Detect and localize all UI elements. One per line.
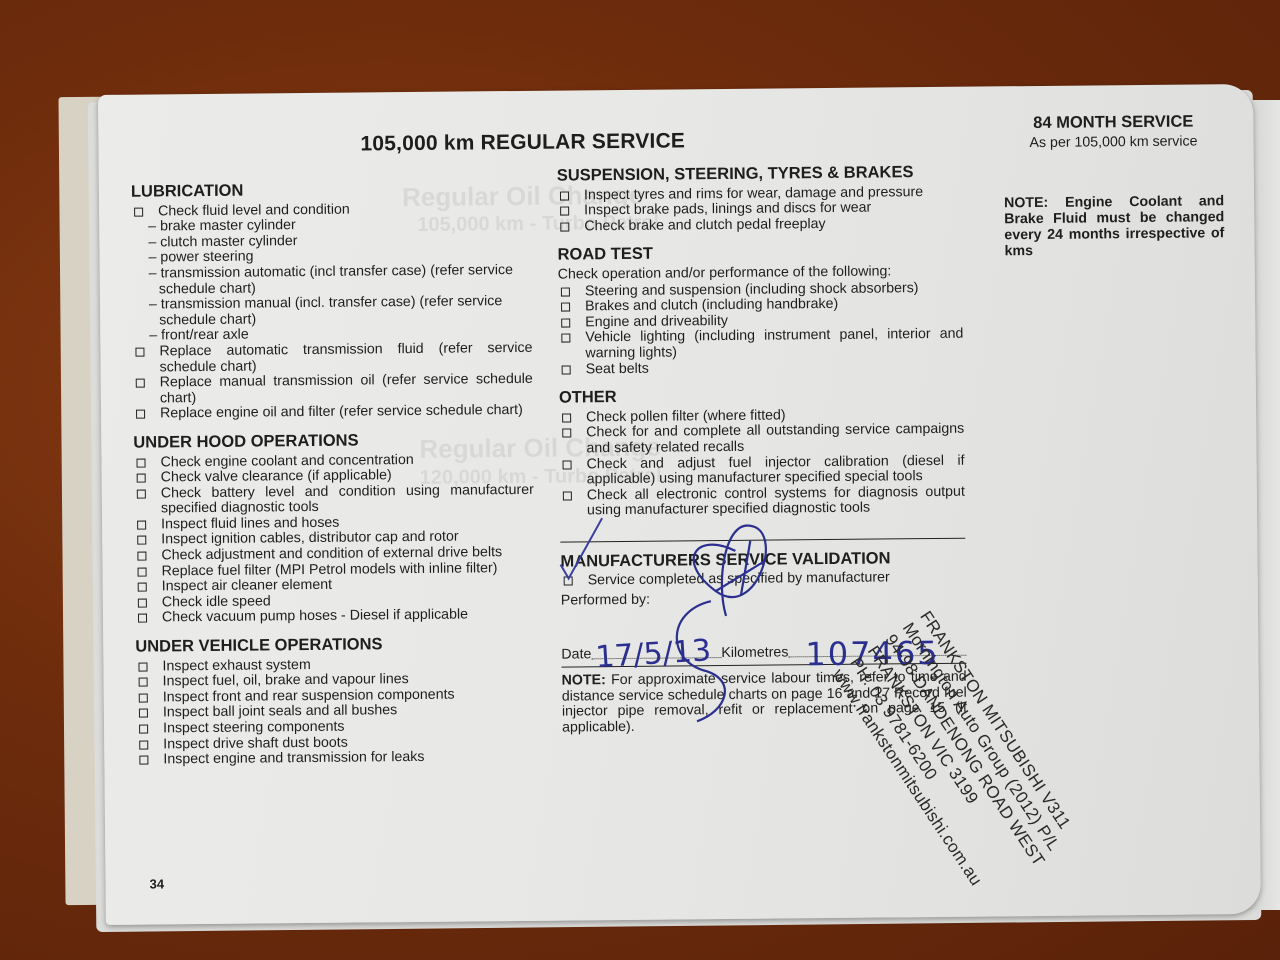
checkbox[interactable]	[138, 598, 147, 607]
section-other: OTHER Check pollen filter (where fitted)…	[559, 387, 965, 520]
checklist-item: Replace engine oil and filter (refer ser…	[133, 403, 533, 422]
checkbox[interactable]	[139, 678, 148, 687]
section-road-test: ROAD TEST Check operation and/or perform…	[557, 244, 963, 378]
checkbox[interactable]	[136, 379, 145, 388]
page-title: 105,000 km REGULAR SERVICE	[360, 129, 685, 156]
dealer-stamp: FRANKSTON MITSUBISHI V311 Mornington Aut…	[828, 607, 1084, 905]
coolant-note: NOTE: Engine Coolant and Brake Fluid mus…	[1004, 193, 1225, 259]
service-page: Regular Oil Change 105,000 km - Turbo Pe…	[98, 84, 1261, 925]
checkbox[interactable]	[560, 191, 569, 200]
checkbox[interactable]	[560, 207, 569, 216]
checkbox[interactable]	[561, 318, 570, 327]
section-heading: ROAD TEST	[557, 244, 962, 263]
checklist-item: Check and adjust fuel injector calibrati…	[559, 453, 964, 488]
section-heading: UNDER VEHICLE OPERATIONS	[135, 636, 535, 655]
month-service-subheading: As per 105,000 km service	[1003, 134, 1223, 152]
checkbox[interactable]	[138, 583, 147, 592]
checkbox[interactable]	[562, 429, 571, 438]
section-under-vehicle: UNDER VEHICLE OPERATIONS Inspect exhaust…	[135, 636, 536, 769]
checkbox[interactable]	[137, 536, 146, 545]
date-label: Date	[561, 647, 591, 663]
section-lubrication: LUBRICATION Check fluid level and condit…	[131, 181, 533, 423]
checkbox[interactable]	[134, 207, 143, 216]
checkbox[interactable]	[561, 303, 570, 312]
section-heading: OTHER	[559, 387, 964, 406]
checkbox[interactable]	[139, 756, 148, 765]
checkbox[interactable]	[139, 725, 148, 734]
checkbox[interactable]	[561, 334, 570, 343]
checkbox[interactable]	[563, 460, 572, 469]
checkbox[interactable]	[562, 365, 571, 374]
section-heading: UNDER HOOD OPERATIONS	[133, 432, 533, 451]
section-heading: LUBRICATION	[131, 181, 531, 200]
checkbox[interactable]	[136, 458, 145, 467]
checklist-item: Check vacuum pump hoses - Diesel if appl…	[135, 607, 535, 626]
checklist-item: Check brake and clutch pedal freeplay	[557, 215, 962, 234]
checklist-item: Inspect engine and transmission for leak…	[136, 749, 536, 768]
checkbox[interactable]	[560, 222, 569, 231]
checkbox[interactable]	[137, 552, 146, 561]
month-service-heading: 84 MONTH SERVICE	[1003, 114, 1223, 132]
checkbox[interactable]	[138, 662, 147, 671]
checkbox[interactable]	[139, 709, 148, 718]
section-under-hood: UNDER HOOD OPERATIONS Check engine coola…	[133, 432, 535, 627]
checklist-item: Check for and complete all outstanding s…	[559, 422, 964, 457]
checkbox[interactable]	[563, 491, 572, 500]
section-heading: SUSPENSION, STEERING, TYRES & BRAKES	[557, 165, 962, 184]
checklist-item: Seat belts	[559, 358, 964, 377]
checkbox[interactable]	[138, 614, 147, 623]
checklist-item: Vehicle lighting (including instrument p…	[558, 327, 963, 362]
signature	[655, 520, 797, 721]
checkbox[interactable]	[562, 413, 571, 422]
checkbox[interactable]	[135, 348, 144, 357]
checkbox[interactable]	[136, 410, 145, 419]
check-mark-icon	[558, 516, 609, 586]
section-suspension: SUSPENSION, STEERING, TYRES & BRAKES Ins…	[557, 165, 963, 235]
checklist-item: Check battery level and condition using …	[134, 483, 534, 518]
checkbox[interactable]	[137, 489, 146, 498]
checkbox[interactable]	[139, 693, 148, 702]
page-number: 34	[150, 876, 165, 891]
right-column: 84 MONTH SERVICE As per 105,000 km servi…	[1003, 114, 1224, 259]
checklist-item: Check all electronic control systems for…	[560, 484, 965, 519]
checkbox[interactable]	[137, 520, 146, 529]
checkbox[interactable]	[138, 567, 147, 576]
checkbox[interactable]	[561, 287, 570, 296]
checkbox[interactable]	[139, 740, 148, 749]
checkbox[interactable]	[137, 474, 146, 483]
left-column: LUBRICATION Check fluid level and condit…	[131, 181, 537, 782]
